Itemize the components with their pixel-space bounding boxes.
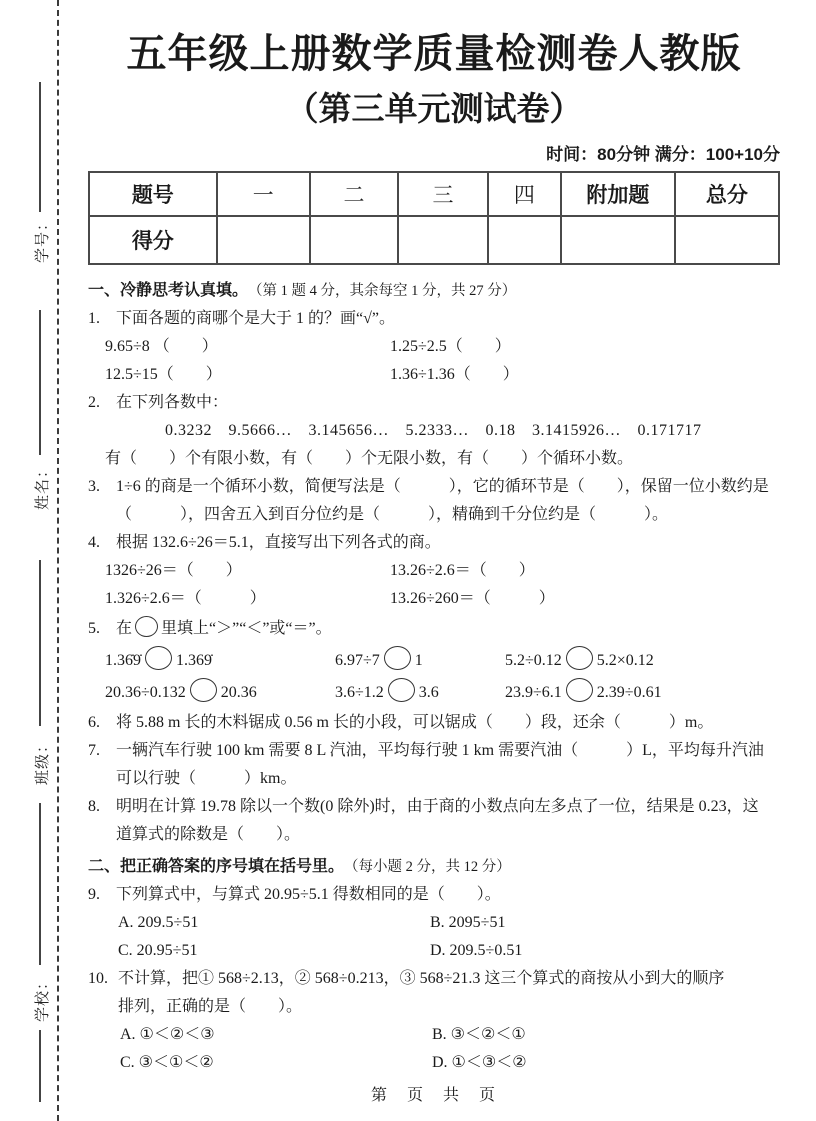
question-4-row: 1.326÷2.6＝（ ） 13.26÷260＝（ ） bbox=[88, 585, 780, 613]
score-table-header-cell: 总分 bbox=[675, 172, 779, 216]
question-1: 1. 下面各题的商哪个是大于 1 的？画“√”。 bbox=[88, 305, 780, 333]
question-number: 5. bbox=[88, 613, 116, 645]
school-write-line-2[interactable] bbox=[39, 1030, 41, 1102]
question-3-continued[interactable]: （ ），四舍五入到百分位约是（ ），精确到千分位约是（ ）。 bbox=[88, 501, 780, 529]
score-table-header-row: 题号 一 二 三 四 附加题 总分 bbox=[89, 172, 779, 216]
option-c[interactable]: C. 20.95÷51 bbox=[118, 937, 430, 965]
question-1-row: 9.65÷8 （ ） 1.25÷2.5（ ） bbox=[88, 333, 780, 361]
score-table-header-cell: 一 bbox=[217, 172, 310, 216]
page-subtitle: （第三单元测试卷） bbox=[88, 83, 780, 130]
comparison-circle[interactable] bbox=[388, 678, 415, 702]
comparison-item: 3.6÷1.23.6 bbox=[335, 677, 505, 709]
school-label: 学校： bbox=[31, 967, 51, 1029]
expression-blank[interactable]: 13.26÷260＝（ ） bbox=[390, 585, 780, 613]
question-number: 7. bbox=[88, 737, 116, 765]
question-2-blanks[interactable]: 有（ ）个有限小数，有（ ）个无限小数，有（ ）个循环小数。 bbox=[88, 445, 780, 473]
section-one-header: 一、冷静思考认真填。 （第 1 题 4 分，其余每空 1 分，共 27 分） bbox=[88, 277, 780, 305]
comparison-item: 20.36÷0.13220.36 bbox=[105, 677, 335, 709]
score-cell[interactable] bbox=[217, 216, 310, 264]
expression-blank[interactable]: 1326÷26＝（ ） bbox=[105, 557, 390, 585]
expression-blank[interactable]: 1.25÷2.5（ ） bbox=[390, 333, 780, 361]
score-table-header-cell: 附加题 bbox=[561, 172, 675, 216]
question-8: 8. 明明在计算 19.78 除以一个数(0 除外)时，由于商的小数点向左多点了… bbox=[88, 793, 780, 821]
question-5-row: 20.36÷0.13220.36 3.6÷1.23.6 23.9÷6.12.39… bbox=[88, 677, 780, 709]
comparison-circle[interactable] bbox=[566, 646, 593, 670]
expression-blank[interactable]: 1.326÷2.6＝（ ） bbox=[105, 585, 390, 613]
exam-time-score-info: 时间：80分钟 满分：100+10分 bbox=[88, 140, 780, 165]
question-1-row: 12.5÷15（ ） 1.36÷1.36（ ） bbox=[88, 361, 780, 389]
question-6: 6. 将 5.88 m 长的木料锯成 0.56 m 长的小段，可以锯成（ ）段，… bbox=[88, 709, 780, 737]
question-text[interactable]: 将 5.88 m 长的木料锯成 0.56 m 长的小段，可以锯成（ ）段，还余（… bbox=[116, 709, 780, 737]
question-text: 在里填上“＞”“＜”或“＝”。 bbox=[116, 613, 780, 645]
section-two-title: 二、把正确答案的序号填在括号里。 bbox=[88, 853, 344, 881]
comparison-circle[interactable] bbox=[566, 678, 593, 702]
question-2: 2. 在下列各数中： bbox=[88, 389, 780, 417]
test-paper-page: 学号： 姓名： 班级： 学校： 五年级上册数学质量检测卷人教版 （第三单元测试卷… bbox=[0, 0, 816, 1121]
question-number: 9. bbox=[88, 881, 116, 909]
comparison-circle[interactable] bbox=[190, 678, 217, 702]
option-b[interactable]: B. 2095÷51 bbox=[430, 909, 780, 937]
score-cell[interactable] bbox=[310, 216, 398, 264]
comparison-item: 5.2÷0.125.2×0.12 bbox=[505, 645, 780, 677]
question-4: 4. 根据 132.6÷26＝5.1，直接写出下列各式的商。 bbox=[88, 529, 780, 557]
question-number: 3. bbox=[88, 473, 116, 501]
class-write-line[interactable] bbox=[39, 560, 41, 726]
question-5: 5. 在里填上“＞”“＜”或“＝”。 bbox=[88, 613, 780, 645]
score-table: 题号 一 二 三 四 附加题 总分 得分 bbox=[88, 171, 780, 265]
name-label: 姓名： bbox=[31, 455, 51, 517]
question-number: 6. bbox=[88, 709, 116, 737]
question-2-number-list: 0.3232 9.5666… 3.145656… 5.2333… 0.18 3.… bbox=[88, 417, 780, 445]
comparison-circle bbox=[135, 616, 158, 637]
question-4-row: 1326÷26＝（ ） 13.26÷2.6＝（ ） bbox=[88, 557, 780, 585]
score-cell[interactable] bbox=[398, 216, 488, 264]
cut-dashed-line bbox=[57, 0, 59, 1121]
comparison-circle[interactable] bbox=[384, 646, 411, 670]
question-8-continued[interactable]: 道算式的除数是（ ）。 bbox=[88, 821, 780, 849]
expression-blank[interactable]: 1.36÷1.36（ ） bbox=[390, 361, 780, 389]
school-write-line[interactable] bbox=[39, 803, 41, 965]
option-d[interactable]: D. ①＜③＜② bbox=[432, 1049, 780, 1077]
page-footer: 第 页 共 页 bbox=[88, 1082, 780, 1105]
question-7: 7. 一辆汽车行驶 100 km 需要 8 L 汽油，平均每行驶 1 km 需要… bbox=[88, 737, 780, 765]
score-table-header-cell: 题号 bbox=[89, 172, 217, 216]
score-table-header-cell: 二 bbox=[310, 172, 398, 216]
option-a[interactable]: A. ①＜②＜③ bbox=[120, 1021, 432, 1049]
expression-blank[interactable]: 12.5÷15（ ） bbox=[105, 361, 390, 389]
score-table-header-cell: 三 bbox=[398, 172, 488, 216]
score-cell[interactable] bbox=[488, 216, 561, 264]
question-number: 10. bbox=[88, 965, 118, 993]
question-text: 下列算式中，与算式 20.95÷5.1 得数相同的是（ ）。 bbox=[116, 881, 780, 909]
option-c[interactable]: C. ③＜①＜② bbox=[120, 1049, 432, 1077]
option-a[interactable]: A. 209.5÷51 bbox=[118, 909, 430, 937]
score-table-score-row: 得分 bbox=[89, 216, 779, 264]
score-table-header-cell: 四 bbox=[488, 172, 561, 216]
question-3: 3. 1÷6 的商是一个循环小数，简便写法是（ ），它的循环节是（ ），保留一位… bbox=[88, 473, 780, 501]
section-two-note: （每小题 2 分，共 12 分） bbox=[344, 853, 511, 881]
expression-blank[interactable]: 13.26÷2.6＝（ ） bbox=[390, 557, 780, 585]
page-title: 五年级上册数学质量检测卷人教版 bbox=[88, 22, 780, 79]
question-text: 根据 132.6÷26＝5.1，直接写出下列各式的商。 bbox=[116, 529, 780, 557]
section-one-note: （第 1 题 4 分，其余每空 1 分，共 27 分） bbox=[248, 277, 516, 305]
comparison-item: 23.9÷6.12.39÷0.61 bbox=[505, 677, 780, 709]
option-d[interactable]: D. 209.5÷0.51 bbox=[430, 937, 780, 965]
comparison-item: 1.36̇9̇1.369̇ bbox=[105, 645, 335, 677]
class-label: 班级： bbox=[31, 730, 51, 792]
question-number: 2. bbox=[88, 389, 116, 417]
option-b[interactable]: B. ③＜②＜① bbox=[432, 1021, 780, 1049]
question-9-options: C. 20.95÷51 D. 209.5÷0.51 bbox=[88, 937, 780, 965]
student-id-write-line[interactable] bbox=[39, 82, 41, 212]
question-10: 10. 不计算，把① 568÷2.13，② 568÷0.213，③ 568÷21… bbox=[88, 965, 780, 993]
score-row-label: 得分 bbox=[89, 216, 217, 264]
question-9-options: A. 209.5÷51 B. 2095÷51 bbox=[88, 909, 780, 937]
question-text: 1÷6 的商是一个循环小数，简便写法是（ ），它的循环节是（ ），保留一位小数约… bbox=[116, 473, 780, 501]
question-10-options: C. ③＜①＜② D. ①＜③＜② bbox=[88, 1049, 780, 1077]
question-9: 9. 下列算式中，与算式 20.95÷5.1 得数相同的是（ ）。 bbox=[88, 881, 780, 909]
student-id-label: 学号： bbox=[31, 208, 51, 270]
comparison-circle[interactable] bbox=[145, 646, 172, 670]
question-number: 1. bbox=[88, 305, 116, 333]
question-10-continued[interactable]: 排列，正确的是（ ）。 bbox=[88, 993, 780, 1021]
question-text: 下面各题的商哪个是大于 1 的？画“√”。 bbox=[116, 305, 780, 333]
question-number: 8. bbox=[88, 793, 116, 821]
section-one-title: 一、冷静思考认真填。 bbox=[88, 277, 248, 305]
question-text: 不计算，把① 568÷2.13，② 568÷0.213，③ 568÷21.3 这… bbox=[118, 965, 780, 993]
comparison-item: 6.97÷71 bbox=[335, 645, 505, 677]
question-text: 明明在计算 19.78 除以一个数(0 除外)时，由于商的小数点向左多点了一位，… bbox=[116, 793, 780, 821]
question-number: 4. bbox=[88, 529, 116, 557]
score-cell[interactable] bbox=[561, 216, 675, 264]
section-two-header: 二、把正确答案的序号填在括号里。 （每小题 2 分，共 12 分） bbox=[88, 853, 780, 881]
question-7-continued[interactable]: 可以行驶（ ）km。 bbox=[88, 765, 780, 793]
name-write-line[interactable] bbox=[39, 310, 41, 455]
score-cell[interactable] bbox=[675, 216, 779, 264]
question-5-row: 1.36̇9̇1.369̇ 6.97÷71 5.2÷0.125.2×0.12 bbox=[88, 645, 780, 677]
expression-blank[interactable]: 9.65÷8 （ ） bbox=[105, 333, 390, 361]
question-text: 在下列各数中： bbox=[116, 389, 780, 417]
question-10-options: A. ①＜②＜③ B. ③＜②＜① bbox=[88, 1021, 780, 1049]
question-text: 一辆汽车行驶 100 km 需要 8 L 汽油，平均每行驶 1 km 需要汽油（… bbox=[116, 737, 780, 765]
